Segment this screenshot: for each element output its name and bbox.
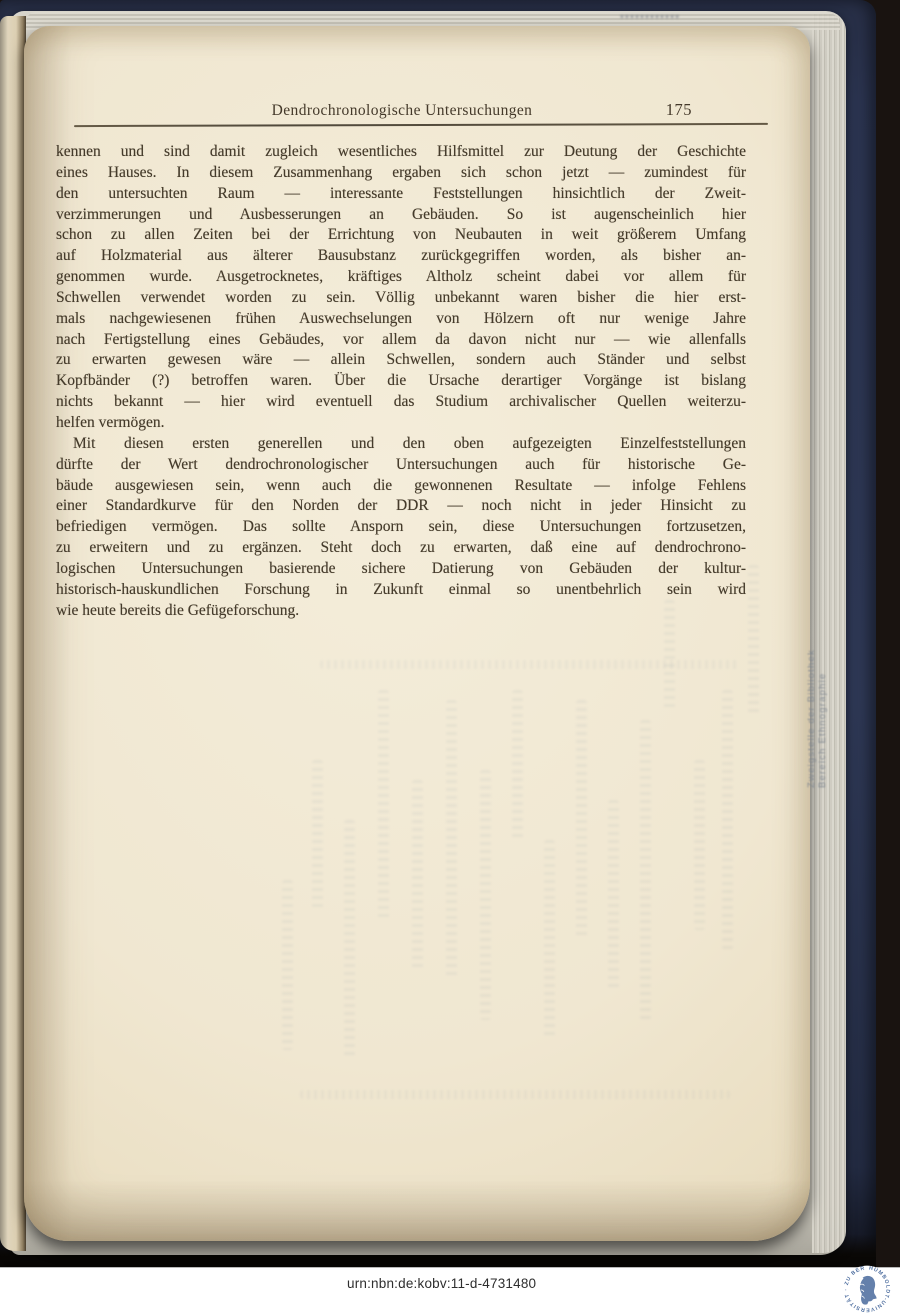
- text-line: zu erwarten gewesen wäre — allein Schwel…: [56, 350, 746, 371]
- text-line: den untersuchten Raum — interessante Fes…: [56, 184, 746, 205]
- fore-edge-library-stamp: Zweigstelle der Bibliothek Bereich Ethno…: [806, 548, 828, 788]
- text-line: wie heute bereits die Gefügeforschung.: [56, 601, 746, 622]
- text-line: auf Holzmaterial aus älterer Bausubstanz…: [56, 246, 746, 267]
- text-line: nichts bekannt — hier wird eventuell das…: [56, 392, 746, 413]
- facing-page-edge: [0, 16, 26, 1251]
- stamp-line: Bereich Ethnographie: [817, 548, 828, 788]
- text-line: genommen wurde. Ausgetrocknetes, kräftig…: [56, 267, 746, 288]
- top-edge-stamp-ghost: ▴▴▴▴▴▴▴▴▴▴▴▴: [540, 14, 760, 21]
- text-line: historisch-hauskundlichen Forschung in Z…: [56, 580, 746, 601]
- text-line: Kopfbänder (?) betroffen waren. Über die…: [56, 371, 746, 392]
- text-line: zu erweitern und zu ergänzen. Steht doch…: [56, 538, 746, 559]
- urn-identifier: urn:nbn:de:kobv:11-d-4731480: [347, 1276, 536, 1291]
- text-line: nach Fertigstellung eines Gebäudes, vor …: [56, 330, 746, 351]
- running-header: Dendrochronologische Untersuchungen 175: [56, 102, 748, 124]
- text-line: befriedigen vermögen. Das sollte Ansporn…: [56, 517, 746, 538]
- text-line: eines Hauses. In diesem Zusammenhang erg…: [56, 163, 746, 184]
- body-text: kennen und sind damit zugleich wesentlic…: [56, 142, 746, 621]
- page-number: 175: [666, 100, 692, 120]
- text-line: verzimmerungen und Ausbesserungen an Geb…: [56, 205, 746, 226]
- scanned-book-page-viewer: ▴▴▴▴▴▴▴▴▴▴▴▴ Dendrochronologische Unters…: [0, 0, 900, 1315]
- text-line: kennen und sind damit zugleich wesentlic…: [56, 142, 746, 163]
- text-line: Schwellen verwendet worden zu sein. Völl…: [56, 288, 746, 309]
- text-line: logischen Untersuchungen basierende sich…: [56, 559, 746, 580]
- text-line: helfen vermögen.: [56, 413, 746, 434]
- digitization-footer: urn:nbn:de:kobv:11-d-4731480 HUMBOLDT-UN…: [0, 1267, 900, 1315]
- text-line: einer Standardkurve für den Norden der D…: [56, 496, 746, 517]
- text-line: Mit diesen ersten generellen und den obe…: [56, 434, 746, 455]
- text-line: dürfte der Wert dendrochronologischer Un…: [56, 455, 746, 476]
- humboldt-university-seal-icon: HUMBOLDT-UNIVERSITÄT · ZU BERLIN ·: [841, 1263, 893, 1315]
- stamp-line: Zweigstelle der Bibliothek: [806, 548, 817, 788]
- text-line: mals nachgewiesenen frühen Auswechselung…: [56, 309, 746, 330]
- page-title: Dendrochronologische Untersuchungen: [56, 102, 748, 120]
- text-line: bäude ausgewiesen sein, wenn auch die ge…: [56, 476, 746, 497]
- text-line: schon zu allen Zeiten bei der Errichtung…: [56, 225, 746, 246]
